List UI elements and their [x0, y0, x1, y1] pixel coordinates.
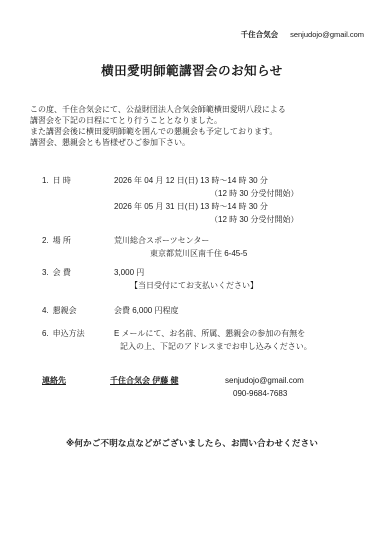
fee-amount: 3,000 円 — [114, 266, 258, 279]
item-label: 4.懇親会 — [42, 304, 114, 317]
contact-label: 連絡先 — [42, 374, 110, 387]
contact-person: 千住合気会 伊藤 健 — [110, 374, 225, 387]
item-value: E メールにて、お名前、所属、懇親会の参加の有無を 記入の上、下記のアドレスまで… — [114, 327, 312, 353]
intro-paragraph: この度、千住合気会にて、公益財団法人合気会師範横田愛明八段による 講習会を下記の… — [30, 104, 366, 148]
item-label: 6.申込方法 — [42, 327, 114, 340]
item-value: 荒川総合スポーツセンター 東京都荒川区南千住 6-45-5 — [114, 234, 247, 260]
item-label: 2.場 所 — [42, 234, 114, 247]
contact-section: 連絡先 千住合気会 伊藤 健 senjudojo@gmail.com 090-9… — [42, 374, 304, 400]
contact-info: senjudojo@gmail.com 090-9684-7683 — [225, 374, 304, 400]
page-title: 横田愛明師範講習会のお知らせ — [0, 61, 384, 79]
intro-line: 講習会を下記の日程にてとり行うこととなりました。 — [30, 115, 366, 126]
item-label-text: 懇親会 — [53, 306, 77, 315]
item-label: 3.会 費 — [42, 266, 114, 279]
payment-note: 【当日受付にてお支払いください】 — [114, 279, 258, 292]
intro-line: また講習会後に横田愛明師範を囲んでの懇親会も予定しております。 — [30, 126, 366, 137]
item-number: 1. — [42, 174, 49, 187]
intro-line: 講習会、懇親会とも皆様ぜひご参加下さい。 — [30, 137, 366, 148]
item-number: 2. — [42, 234, 49, 247]
list-item-apply: 6.申込方法 E メールにて、お名前、所属、懇親会の参加の有無を 記入の上、下記… — [42, 327, 374, 353]
item-label: 1.日 時 — [42, 174, 114, 187]
document-header: 千住合気会 senjudojo@gmail.com — [241, 29, 364, 40]
item-value: 会費 6,000 円程度 — [114, 304, 178, 317]
item-value: 2026 年 04 月 12 日(日) 13 時～14 時 30 分 （12 時… — [114, 174, 298, 226]
notice-document: 千住合気会 senjudojo@gmail.com 横田愛明師範講習会のお知らせ… — [0, 0, 384, 543]
apply-line: 記入の上、下記のアドレスまでお申し込みください。 — [114, 340, 312, 353]
item-number: 3. — [42, 266, 49, 279]
intro-line: この度、千住合気会にて、公益財団法人合気会師範横田愛明八段による — [30, 104, 366, 115]
list-item-party: 4.懇親会 会費 6,000 円程度 — [42, 304, 374, 317]
list-item-place: 2.場 所 荒川総合スポーツセンター 東京都荒川区南千住 6-45-5 — [42, 234, 374, 260]
item-label-text: 申込方法 — [53, 329, 85, 338]
list-item-datetime: 1.日 時 2026 年 04 月 12 日(日) 13 時～14 時 30 分… — [42, 174, 374, 226]
header-org-email: senjudojo@gmail.com — [290, 30, 364, 39]
item-label-text: 場 所 — [53, 236, 71, 245]
item-label-text: 日 時 — [53, 176, 71, 185]
contact-phone: 090-9684-7683 — [225, 387, 304, 400]
detail-list: 1.日 時 2026 年 04 月 12 日(日) 13 時～14 時 30 分… — [42, 174, 374, 353]
venue-address: 東京都荒川区南千住 6-45-5 — [114, 247, 247, 260]
party-fee: 会費 6,000 円程度 — [114, 304, 178, 317]
header-org-name: 千住合気会 — [241, 29, 279, 40]
list-item-fee: 3.会 費 3,000 円 【当日受付にてお支払いください】 — [42, 266, 374, 292]
reception-note: （12 時 30 分受付開始） — [114, 213, 298, 226]
contact-email: senjudojo@gmail.com — [225, 374, 304, 387]
item-number: 4. — [42, 304, 49, 317]
apply-line: E メールにて、お名前、所属、懇親会の参加の有無を — [114, 327, 312, 340]
venue-name: 荒川総合スポーツセンター — [114, 234, 247, 247]
item-number: 6. — [42, 327, 49, 340]
item-value: 3,000 円 【当日受付にてお支払いください】 — [114, 266, 258, 292]
datetime-line: 2026 年 04 月 12 日(日) 13 時～14 時 30 分 — [114, 174, 298, 187]
reception-note: （12 時 30 分受付開始） — [114, 187, 298, 200]
datetime-line: 2026 年 05 月 31 日(日) 13 時～14 時 30 分 — [114, 200, 298, 213]
item-label-text: 会 費 — [53, 268, 71, 277]
footer-note: ※何かご不明な点などがございましたら、お問い合わせください — [0, 437, 384, 449]
